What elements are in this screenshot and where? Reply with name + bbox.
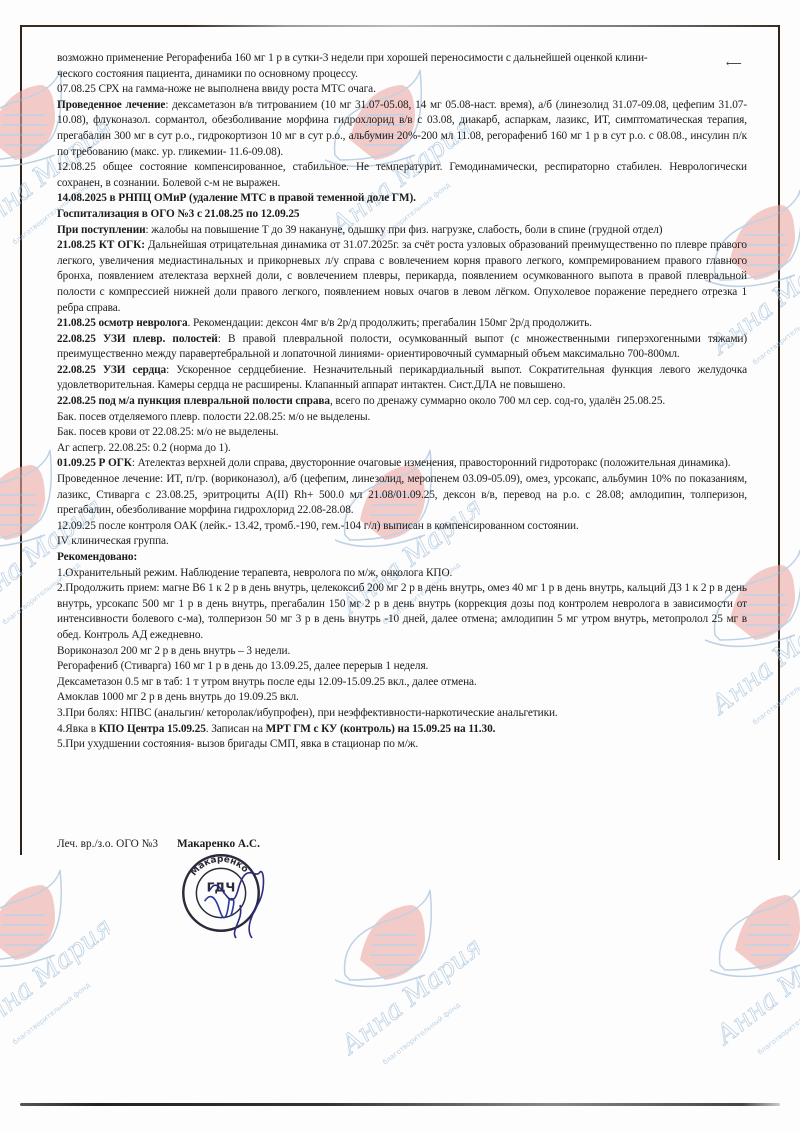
discharge-summary: возможно применение Регорафениба 160 мг … bbox=[57, 51, 747, 753]
watermark-logo: Анна Марияблаготворительный фонд bbox=[330, 880, 480, 1070]
scan-edge-top bbox=[20, 25, 780, 27]
svg-text:Анна Мария: Анна Мария bbox=[334, 932, 480, 1062]
lab-result: Бак. посев отделяемого плевр. полости 22… bbox=[57, 410, 747, 426]
svg-text:благотворительный фонд: благотворительный фонд bbox=[756, 991, 800, 1057]
watermark-logo: Анна Марияблаготворительный фонд bbox=[0, 860, 110, 1050]
discharge-line: 12.09.25 после контроля ОАК (лейк.- 13.4… bbox=[57, 519, 747, 535]
neurologist-exam: 21.08.25 осмотр невролога. Рекомендации:… bbox=[57, 316, 747, 332]
ct-report: 21.08.25 КТ ОГК: Дальнейшая отрицательна… bbox=[57, 238, 747, 316]
clinical-group: IV клиническая группа. bbox=[57, 534, 747, 550]
admission: При поступлении: жалобы на повышение Т д… bbox=[57, 223, 747, 239]
svg-text:благотворительный фонд: благотворительный фонд bbox=[381, 1001, 462, 1067]
doctor-name: Макаренко А.С. bbox=[177, 838, 260, 850]
lab-result: Бак. посев крови от 22.08.25: м/о не выд… bbox=[57, 425, 747, 441]
scan-edge-left bbox=[20, 25, 22, 855]
recommendation-item-5: 5.При ухудшении состояния- вызов бригады… bbox=[57, 737, 747, 753]
pleura-ultrasound: 22.08.25 УЗИ плевр. полостей: В правой п… bbox=[57, 332, 747, 363]
recommendation-item: Амоклав 1000 мг 2 р в день внутрь до 19.… bbox=[57, 690, 747, 706]
status-12-08: 12.08.25 общее состояние компенсированно… bbox=[57, 160, 747, 191]
recommendation-item: Регорафениб (Стиварга) 160 мг 1 р в день… bbox=[57, 659, 747, 675]
watermark-logo: Анна Марияблаготворительный фонд bbox=[705, 870, 800, 1060]
svg-text:Анна Мария: Анна Мария bbox=[0, 912, 110, 1042]
recommendation-item: 2.Продолжить прием: магне В6 1 к 2 р в д… bbox=[57, 581, 747, 643]
treatment-2: Проведенное лечение: ИТ, п/гр. (ворикона… bbox=[57, 472, 747, 519]
heart-ultrasound: 22.08.25 УЗИ сердца: Ускоренное сердцеби… bbox=[57, 363, 747, 394]
svg-text:Анна Мария: Анна Мария bbox=[709, 922, 800, 1052]
svg-text:благотворительный фонд: благотворительный фонд bbox=[751, 301, 800, 367]
svg-text:благотворительный фонд: благотворительный фонд bbox=[11, 981, 92, 1047]
svg-text:благотворительный фонд: благотворительный фонд bbox=[751, 661, 800, 727]
text-line: ческого состояния пациента, динамики по … bbox=[57, 67, 747, 83]
doctor-role: Леч. вр./з.о. ОГО №3 bbox=[57, 838, 177, 850]
surgery-line: 14.08.2025 в РНПЦ ОМиР (удаление МТС в п… bbox=[57, 191, 747, 207]
recommendation-item: 3.При болях: НПВС (анальгин/ кеторолак/и… bbox=[57, 706, 747, 722]
signature-row: Леч. вр./з.о. ОГО №3Макаренко А.С. bbox=[57, 838, 260, 850]
recommended-title: Рекомендовано: bbox=[57, 550, 747, 566]
recommendation-item: Вориконазол 200 мг 2 р в день внутрь – 3… bbox=[57, 644, 747, 660]
text-line: возможно применение Регорафениба 160 мг … bbox=[57, 51, 747, 67]
recommendation-item-4: 4.Явка в КПО Центра 15.09.25. Записан на… bbox=[57, 722, 747, 738]
text-line: 07.08.25 СРХ на гамма-ноже не выполнена … bbox=[57, 82, 747, 98]
scan-edge-right bbox=[778, 25, 780, 860]
lab-result: Аг аспегр. 22.08.25: 0.2 (норма до 1). bbox=[57, 441, 747, 457]
handwritten-signature bbox=[200, 860, 270, 940]
scan-edge-bottom bbox=[20, 1103, 780, 1106]
xray-report: 01.09.25 Р ОГК: Ателектаз верхней доли с… bbox=[57, 456, 747, 472]
recommendation-item: Дексаметазон 0.5 мг в таб: 1 т утром вну… bbox=[57, 675, 747, 691]
hospitalization-line: Госпитализация в ОГО №3 с 21.08.25 по 12… bbox=[57, 207, 747, 223]
treatment-1: Проведенное лечение: дексаметазон в/в ти… bbox=[57, 98, 747, 160]
pleural-puncture: 22.08.25 под м/а пункция плевральной пол… bbox=[57, 394, 747, 410]
recommendation-item: 1.Охранительный режим. Наблюдение терапе… bbox=[57, 566, 747, 582]
